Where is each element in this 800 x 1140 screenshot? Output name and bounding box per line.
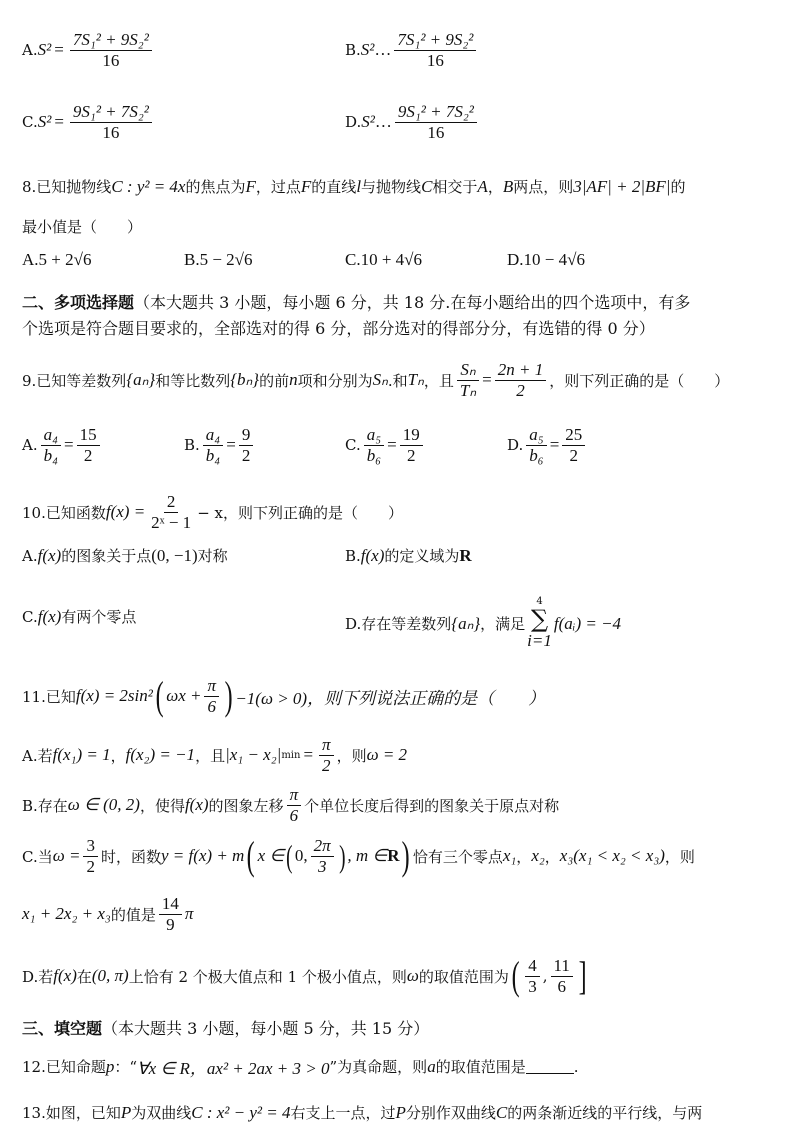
section-desc: 个选项是符合题目要求的，全部选对的得 6 分，部分选对的得部分分，有选错的得 0… xyxy=(22,316,655,339)
math: a xyxy=(427,1057,436,1077)
q8-option-c: C.10 + 4√6 xyxy=(345,250,422,270)
fraction: π6 xyxy=(287,785,302,825)
text: ， xyxy=(488,176,503,197)
text: ，满足 xyxy=(480,613,525,634)
denominator: 16 xyxy=(424,123,447,143)
denominator: 3 xyxy=(525,977,540,997)
math: P xyxy=(121,1103,131,1123)
section-desc: （本大题共 3 小题，每小题 5 分，共 15 分） xyxy=(102,1016,429,1039)
numerator: 9S₁² + 7S₂² xyxy=(70,102,152,123)
q9-option-c: C. a₅b₆ = 192 xyxy=(345,425,426,465)
lhs: S² xyxy=(38,40,52,60)
numerator: a₄ xyxy=(203,425,223,446)
math: f(x) xyxy=(38,546,62,566)
math: (0, π) xyxy=(92,966,129,986)
math: {bₙ} xyxy=(230,370,259,390)
math: n xyxy=(289,370,298,390)
math: ωx + xyxy=(166,686,201,706)
section-desc: （本大题共 3 小题，每小题 6 分，共 18 分.在每小题给出的四个选项中，有… xyxy=(134,290,690,313)
numerator: π xyxy=(287,785,302,806)
q11-option-c-line2: x₁ + 2x₂ + x₃ 的值是 149 π xyxy=(22,894,193,934)
lhs: S² xyxy=(361,40,375,60)
relation: … xyxy=(375,112,392,132)
section-2-header: 二、多项选择题 （本大题共 3 小题，每小题 6 分，共 18 分.在每小题给出… xyxy=(22,290,690,313)
math: x₃ xyxy=(560,846,573,866)
denominator: 3 xyxy=(315,857,330,877)
math: , m ∈ xyxy=(347,846,387,866)
text: ，则 xyxy=(665,846,695,867)
denominator: 2 xyxy=(567,446,582,466)
numerator: a₄ xyxy=(41,425,61,446)
q9-option-b: B. a₄b₄ = 92 xyxy=(184,425,256,465)
denominator: b₆ xyxy=(526,446,546,466)
fraction: 7S₁² + 9S₂²16 xyxy=(394,30,476,70)
denominator: 2ˣ − 1 xyxy=(148,513,194,533)
text: ，则下列正确的是（ ） xyxy=(549,370,729,391)
option-label: C. xyxy=(22,113,38,131)
math: {aₙ} xyxy=(126,370,155,390)
math: f(x) = 2sin² xyxy=(76,686,153,706)
text: 的取值范围是 xyxy=(436,1056,526,1077)
numerator: 3 xyxy=(83,836,98,857)
math: f(x) xyxy=(185,795,209,815)
text: 存在等差数列 xyxy=(361,613,451,634)
q8-option-d: D.10 − 4√6 xyxy=(507,250,585,270)
text: ：“ xyxy=(114,1056,137,1077)
q10-option-a: A. f(x) 的图象关于点 (0, −1) 对称 xyxy=(22,545,228,566)
math: R xyxy=(387,846,399,866)
text: 在 xyxy=(77,966,92,987)
text: 右支上一点，过 xyxy=(291,1102,396,1123)
text: 8.已知抛物线 xyxy=(22,176,111,197)
q10-option-b: B. f(x) 的定义域为 R xyxy=(345,545,472,566)
q9-option-a: A. a₄b₄ = 152 xyxy=(22,425,103,465)
subscript: min xyxy=(281,750,300,761)
sum-lower: i=1 xyxy=(527,631,552,651)
relation: = xyxy=(54,40,64,60)
denominator: 2 xyxy=(239,446,254,466)
text: 的图象左移 xyxy=(209,795,284,816)
text: ”为真命题，则 xyxy=(330,1056,428,1077)
option-label: D. xyxy=(345,113,361,131)
denominator: 2 xyxy=(404,446,419,466)
summation: 4∑i=1 xyxy=(527,596,552,651)
denominator: b₄ xyxy=(41,446,61,466)
denominator: 16 xyxy=(99,123,122,143)
numerator: 15 xyxy=(77,425,100,446)
option-label: B. xyxy=(345,547,361,565)
fraction: 43 xyxy=(525,956,540,996)
text: 时，函数 xyxy=(101,846,161,867)
denominator: 16 xyxy=(424,51,447,71)
lhs: S² xyxy=(38,112,52,132)
numerator: π xyxy=(204,676,219,697)
text: 为双曲线 xyxy=(131,1102,191,1123)
math: π xyxy=(185,904,194,924)
denominator: 6 xyxy=(554,977,569,997)
denominator: 9 xyxy=(163,915,178,935)
section-title: 二、多项选择题 xyxy=(22,290,134,313)
numerator: Sₙ xyxy=(457,360,478,381)
math: P xyxy=(396,1103,406,1123)
numerator: 2π xyxy=(311,836,334,857)
numerator: 4 xyxy=(525,956,540,977)
option-label: A. xyxy=(22,41,38,59)
text: 相交于 xyxy=(432,176,477,197)
numerator: 25 xyxy=(562,425,585,446)
text: 的图象关于点 xyxy=(61,545,151,566)
text: 上恰有 2 个极大值点和 1 个极小值点，则 xyxy=(129,966,407,987)
math: A xyxy=(477,177,487,197)
denominator: 6 xyxy=(287,806,302,826)
math: ω xyxy=(407,966,419,986)
numerator: 2 xyxy=(164,492,179,513)
text: 两点，则 xyxy=(513,176,573,197)
q7-option-d: D. S² … 9S₁² + 7S₂²16 xyxy=(345,102,480,142)
q8-option-a: A.5 + 2√6 xyxy=(22,250,91,270)
text: ， xyxy=(111,745,126,766)
fraction: 2π3 xyxy=(311,836,334,876)
math: f(x₁) = 1 xyxy=(53,745,111,765)
math: x₁ xyxy=(503,846,516,866)
math: |x₁ − x₂| xyxy=(225,745,281,765)
math: Tₙ xyxy=(408,370,424,390)
option-label: D. xyxy=(345,615,361,633)
math: f(x) = xyxy=(106,502,145,522)
denominator: b₄ xyxy=(203,446,223,466)
fraction: SₙTₙ xyxy=(457,360,479,400)
text: 10.已知函数 xyxy=(22,502,106,523)
text: 的直线 xyxy=(311,176,356,197)
q9-option-d: D. a₅b₆ = 252 xyxy=(507,425,588,465)
option-label: C.当 xyxy=(22,846,53,867)
numerator: 19 xyxy=(400,425,423,446)
text: 个单位长度后得到的图象关于原点对称 xyxy=(304,795,559,816)
q11-option-c: C.当 ω = 32 时，函数 y = f(x) + m ( x ∈ ( 0, … xyxy=(22,836,695,876)
denominator: 2 xyxy=(513,381,528,401)
math: B xyxy=(503,177,513,197)
math: x₁ + 2x₂ + x₃ xyxy=(22,904,111,924)
math: ∀x ∈ R，ax² + 2ax + 3 > 0 xyxy=(137,1054,329,1079)
fraction: a₄b₄ xyxy=(41,425,61,465)
relation: … xyxy=(374,40,391,60)
math: −1(ω > 0)，则下列说法正确的是（ ） xyxy=(235,684,545,709)
text: ，且 xyxy=(195,745,225,766)
fraction: 152 xyxy=(77,425,100,465)
numerator: 9 xyxy=(239,425,254,446)
fraction: 252 xyxy=(562,425,585,465)
text: 的 xyxy=(670,176,685,197)
text: 与抛物线 xyxy=(361,176,421,197)
text: 和等比数列 xyxy=(155,370,230,391)
math: f(x) xyxy=(53,966,77,986)
fraction: 149 xyxy=(159,894,182,934)
math: f(x) xyxy=(361,546,385,566)
math: ω = xyxy=(53,846,81,866)
option-label: A.若 xyxy=(22,745,53,766)
q7-option-c: C. S² = 9S₁² + 7S₂²16 xyxy=(22,102,155,142)
fraction: π2 xyxy=(319,735,334,775)
text: ，且 xyxy=(424,370,454,391)
fraction: 2n + 12 xyxy=(495,360,546,400)
math: p xyxy=(106,1057,115,1077)
numerator: 7S₁² + 9S₂² xyxy=(394,30,476,51)
q11-option-d: D.若 f(x) 在 (0, π) 上恰有 2 个极大值点和 1 个极小值点，则… xyxy=(22,956,589,996)
text: 的值是 xyxy=(111,904,156,925)
q10-option-d: D. 存在等差数列 {aₙ} ，满足 4∑i=1 f(aᵢ) = −4 xyxy=(345,596,621,651)
fraction: π6 xyxy=(204,676,219,716)
fraction: 92 xyxy=(239,425,254,465)
math: ω = 2 xyxy=(367,745,407,765)
fraction: 7S₁² + 9S₂²16 xyxy=(70,30,152,70)
math: f(x) xyxy=(38,607,62,627)
math: C : x² − y² = 4 xyxy=(191,1103,290,1123)
math: C xyxy=(421,177,432,197)
math: Sₙ xyxy=(373,370,388,390)
math: F xyxy=(246,177,256,197)
text: 11.已知 xyxy=(22,686,76,707)
numerator: a₅ xyxy=(364,425,384,446)
numerator: 9S₁² + 7S₂² xyxy=(395,102,477,123)
text: ，过点 xyxy=(256,176,301,197)
math: (x₁ < x₂ < x₃) xyxy=(573,846,665,866)
math: x₂ xyxy=(531,846,544,866)
math: 0, xyxy=(295,846,308,866)
math: ω ∈ (0, 2) xyxy=(68,795,140,815)
q10-stem: 10.已知函数 f(x) = 22ˣ − 1 − x，则下列正确的是（ ） xyxy=(22,492,403,532)
q10-option-c: C. f(x) 有两个零点 xyxy=(22,606,136,627)
text: 的取值范围为 xyxy=(419,966,509,987)
text: 的定义域为 xyxy=(384,545,459,566)
denominator: 2 xyxy=(319,756,334,776)
fraction: 9S₁² + 7S₂²16 xyxy=(395,102,477,142)
fraction: 116 xyxy=(551,956,573,996)
q11-option-b: B.存在 ω ∈ (0, 2) ，使得 f(x) 的图象左移 π6 个单位长度后… xyxy=(22,785,559,825)
text: 的前 xyxy=(259,370,289,391)
denominator: Tₙ xyxy=(457,381,479,401)
text: 项和分别为 xyxy=(298,370,373,391)
fraction: a₅b₆ xyxy=(526,425,546,465)
fraction: a₅b₆ xyxy=(364,425,384,465)
math: 3|AF| + 2|BF| xyxy=(573,177,670,197)
math: f(aᵢ) = −4 xyxy=(554,614,621,634)
option-label: B. xyxy=(345,41,361,59)
q12-stem: 12.已知命题 p ：“ ∀x ∈ R，ax² + 2ax + 3 > 0 ”为… xyxy=(22,1054,578,1079)
math: y = f(x) + m xyxy=(161,846,244,866)
option-label: B. xyxy=(184,436,200,454)
text: .和 xyxy=(388,370,408,391)
text: 9.已知等差数列 xyxy=(22,370,126,391)
numerator: a₅ xyxy=(526,425,546,446)
option-label: D.若 xyxy=(22,966,53,987)
q8-stem-line2: 最小值是（ ） xyxy=(22,216,142,237)
math: F xyxy=(301,177,311,197)
text: 的焦点为 xyxy=(185,176,245,197)
option-label: B.存在 xyxy=(22,795,68,816)
q9-stem: 9.已知等差数列 {aₙ} 和等比数列 {bₙ} 的前 n 项和分别为 Sₙ .… xyxy=(22,360,729,400)
section-title: 三、填空题 xyxy=(22,1016,102,1039)
text: 恰有三个零点 xyxy=(413,846,503,867)
text: ，使得 xyxy=(140,795,185,816)
denominator: 2 xyxy=(83,857,98,877)
text: 的两条渐近线的平行线，与两 xyxy=(507,1102,702,1123)
fraction: 9S₁² + 7S₂²16 xyxy=(70,102,152,142)
section-3-header: 三、填空题 （本大题共 3 小题，每小题 5 分，共 15 分） xyxy=(22,1016,429,1039)
q13-stem: 13.如图，已知 P 为双曲线 C : x² − y² = 4 右支上一点，过 … xyxy=(22,1102,702,1123)
denominator: 16 xyxy=(99,51,122,71)
text: 12.已知命题 xyxy=(22,1056,106,1077)
math: = xyxy=(482,370,492,390)
relation: = xyxy=(54,112,64,132)
answer-blank[interactable] xyxy=(526,1059,574,1074)
text: 对称 xyxy=(198,545,228,566)
option-label: A. xyxy=(22,547,38,565)
text: . xyxy=(574,1058,579,1076)
text: 最小值是（ ） xyxy=(22,216,142,237)
numerator: 14 xyxy=(159,894,182,915)
math: C xyxy=(496,1103,507,1123)
math: R xyxy=(459,546,471,566)
numerator: π xyxy=(319,735,334,756)
denominator: 6 xyxy=(204,697,219,717)
math: x ∈ xyxy=(258,846,285,866)
numerator: 7S₁² + 9S₂² xyxy=(70,30,152,51)
math: C : y² = 4x xyxy=(111,177,185,197)
fraction: a₄b₄ xyxy=(203,425,223,465)
q7-option-a: A. S² = 7S₁² + 9S₂²16 xyxy=(22,30,155,70)
fraction: 192 xyxy=(400,425,423,465)
text: − x，则下列正确的是（ ） xyxy=(197,502,403,523)
numerator: 11 xyxy=(551,956,573,977)
math: (0, −1) xyxy=(151,546,197,566)
text: 分别作双曲线 xyxy=(406,1102,496,1123)
text: 有两个零点 xyxy=(61,606,136,627)
fraction: 32 xyxy=(83,836,98,876)
q8-option-b: B.5 − 2√6 xyxy=(184,250,253,270)
text: ，则 xyxy=(337,745,367,766)
text: 13.如图，已知 xyxy=(22,1102,121,1123)
fraction: 22ˣ − 1 xyxy=(148,492,194,532)
option-label: D. xyxy=(507,436,523,454)
q8-stem: 8.已知抛物线 C : y² = 4x 的焦点为 F ，过点 F 的直线 l 与… xyxy=(22,176,685,197)
q11-stem: 11.已知 f(x) = 2sin² ( ωx + π6 ) −1(ω > 0)… xyxy=(22,676,545,716)
math: = xyxy=(303,745,313,765)
option-label: A. xyxy=(22,436,38,454)
denominator: b₆ xyxy=(364,446,384,466)
q11-option-a: A.若 f(x₁) = 1 ， f(x₂) = −1 ，且 |x₁ − x₂|m… xyxy=(22,735,407,775)
denominator: 2 xyxy=(81,446,96,466)
math: f(x₂) = −1 xyxy=(126,745,195,765)
lhs: S² xyxy=(361,112,375,132)
section-2-desc-line2: 个选项是符合题目要求的，全部选对的得 6 分，部分选对的得部分分，有选错的得 0… xyxy=(22,316,655,339)
option-label: C. xyxy=(345,436,361,454)
q7-option-b: B. S² … 7S₁² + 9S₂²16 xyxy=(345,30,479,70)
math: {aₙ} xyxy=(451,614,480,634)
numerator: 2n + 1 xyxy=(495,360,546,381)
option-label: C. xyxy=(22,608,38,626)
